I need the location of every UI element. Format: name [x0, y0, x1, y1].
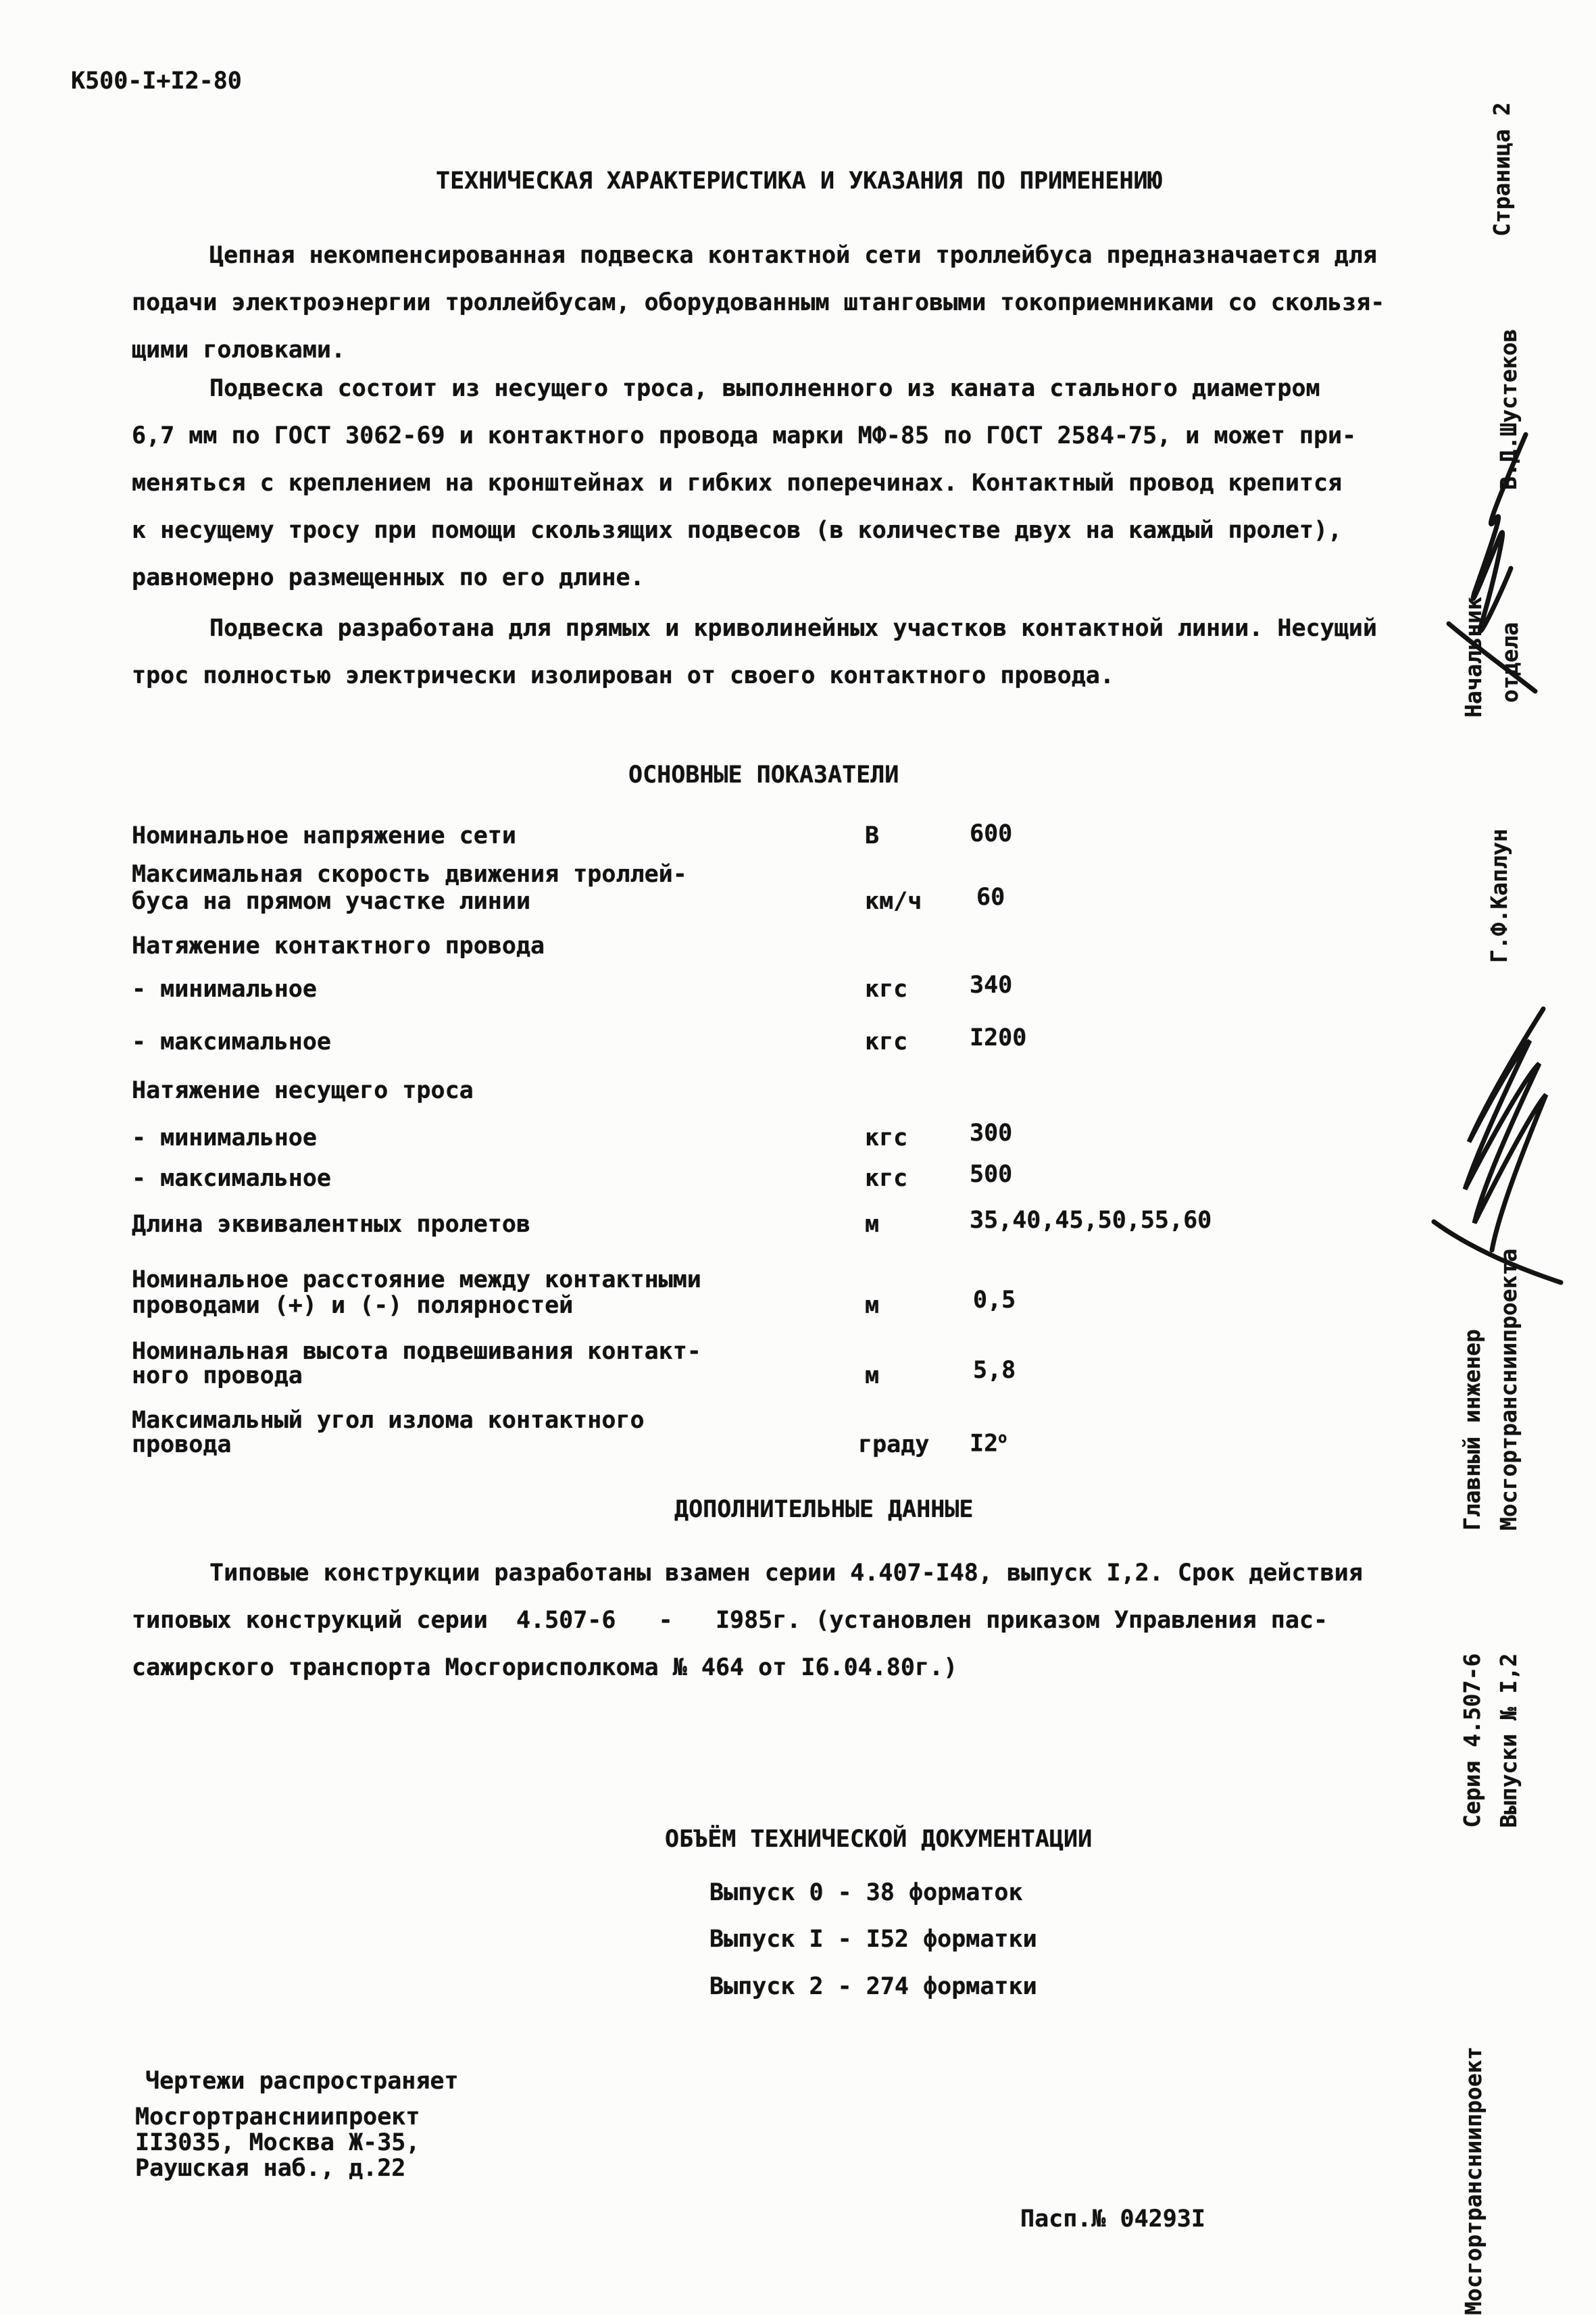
indicator-label: - максимальное: [132, 1164, 331, 1194]
volume-item: Выпуск 2 - 274 форматки: [709, 1972, 1037, 2002]
degree-superscript: о: [998, 1430, 1007, 1447]
indicator-label: Натяжение контактного провода: [132, 931, 545, 962]
indicator-label: провода: [132, 1430, 232, 1460]
sidebar-chief-org: Мосгортрансниипроекта: [1495, 1249, 1523, 1530]
sidebar-page-label: Страница 2: [1488, 102, 1516, 237]
paragraph-line: Цепная некомпенсированная подвеска конта…: [209, 241, 1377, 271]
distribution-address: II3035, Москва Ж-35,: [135, 2130, 420, 2156]
paragraph-line: Подвеска разработана для прямых и кривол…: [209, 614, 1377, 644]
sidebar-dept-head-title: отдела: [1496, 622, 1524, 703]
indicator-label: ного провода: [132, 1361, 303, 1391]
distribution-org: Мосгортрансниипроект: [135, 2104, 420, 2130]
indicator-value: 60: [976, 882, 1005, 913]
indicator-label: буса на прямом участке линии: [132, 887, 530, 917]
indicator-label: Максимальная скорость движения троллей-: [132, 860, 687, 890]
paragraph-line: сажирского транспорта Мосгорисполкома № …: [132, 1653, 957, 1683]
indicator-value: I2о: [970, 1423, 1007, 1460]
indicator-label: - минимальное: [132, 974, 317, 1005]
volume-item: Выпуск I - I52 форматки: [709, 1924, 1037, 1955]
indicator-unit: м: [865, 1291, 879, 1321]
indicator-unit: м: [865, 1210, 879, 1240]
sidebar-chief-name: Г.Ф.Каплун: [1485, 828, 1514, 963]
indicator-label: - максимальное: [132, 1027, 331, 1057]
sidebar-issues-label: Выпуски № I,2: [1495, 1653, 1523, 1828]
paragraph-line: щими головками.: [132, 335, 345, 366]
paragraph-line: подачи электроэнергии троллейбусам, обор…: [132, 288, 1385, 318]
signature-kaplun: [1427, 999, 1566, 1289]
paragraph-line: Типовые конструкции разработаны взамен с…: [209, 1558, 1363, 1589]
paragraph-line: равномерно размещенных по его длине.: [132, 563, 645, 593]
document-code: К500-I+I2-80: [71, 66, 242, 97]
distribution-lead: Чертежи распространяет: [145, 2066, 459, 2097]
passport-number: Пасп.№ 04293I: [1020, 2204, 1205, 2235]
sidebar-chief-title: Главный инженер: [1458, 1329, 1487, 1530]
sidebar-dept-head-title: Начальник: [1460, 597, 1488, 718]
paragraph-line: к несущему тросу при помощи скользящих п…: [132, 516, 1342, 546]
indicator-label: проводами (+) и (-) полярностей: [132, 1291, 573, 1321]
paragraph-line: меняться с креплением на кронштейнах и г…: [132, 468, 1342, 499]
paragraph-line: трос полностью электрически изолирован о…: [132, 661, 1114, 691]
indicator-label: Номинальное напряжение сети: [132, 821, 516, 851]
indicator-value: 5,8: [973, 1355, 1016, 1386]
indicator-value: I200: [970, 1023, 1026, 1053]
sidebar-org-name: Мосгортрансниипроект: [1460, 2047, 1488, 2315]
paragraph-line: Подвеска состоит из несущего троса, выпо…: [209, 374, 1320, 404]
paragraph-line: 6,7 мм по ГОСТ 3062-69 и контактного про…: [132, 421, 1356, 451]
section-heading-volume: ОБЪЁМ ТЕХНИЧЕСКОЙ ДОКУМЕНТАЦИИ: [665, 1824, 1092, 1855]
indicator-label: - минимальное: [132, 1123, 317, 1153]
indicator-value: 600: [970, 819, 1012, 849]
scanned-document-page: К500-I+I2-80 ТЕХНИЧЕСКАЯ ХАРАКТЕРИСТИКА …: [0, 0, 1596, 2315]
distribution-address: Раушская наб., д.22: [135, 2156, 405, 2181]
indicator-value: 340: [970, 970, 1012, 1001]
indicator-label: Натяжение несущего троса: [132, 1076, 474, 1106]
indicator-value: 300: [970, 1118, 1012, 1149]
indicator-value-number: I2: [970, 1430, 998, 1458]
signature-shustekov: [1439, 422, 1541, 699]
indicator-label: Длина эквивалентных пролетов: [132, 1210, 530, 1240]
volume-item: Выпуск 0 - 38 форматок: [709, 1878, 1023, 1908]
indicator-unit: кгс: [865, 1123, 907, 1153]
indicator-unit: граду: [858, 1430, 929, 1460]
section-heading-additional: ДОПОЛНИТЕЛЬНЫЕ ДАННЫЕ: [674, 1495, 974, 1525]
indicator-unit: кгс: [865, 974, 907, 1005]
indicator-unit: кгс: [865, 1027, 907, 1057]
section-heading-indicators: ОСНОВНЫЕ ПОКАЗАТЕЛИ: [628, 760, 899, 791]
indicator-unit: м: [865, 1361, 879, 1391]
indicator-value: 35,40,45,50,55,60: [970, 1205, 1212, 1236]
indicator-unit: км/ч: [865, 887, 922, 917]
indicator-value: 0,5: [973, 1285, 1016, 1316]
page-title: ТЕХНИЧЕСКАЯ ХАРАКТЕРИСТИКА И УКАЗАНИЯ ПО…: [436, 166, 1162, 197]
indicator-value: 500: [970, 1160, 1012, 1190]
indicator-unit: кгс: [865, 1164, 907, 1194]
sidebar-series-label: Серия 4.507-6: [1458, 1653, 1487, 1828]
sidebar-dept-head-name: В.Д.Шустеков: [1495, 329, 1523, 490]
paragraph-line: типовых конструкций серии 4.507-6 - I985…: [132, 1605, 1328, 1636]
indicator-unit: В: [865, 821, 879, 851]
